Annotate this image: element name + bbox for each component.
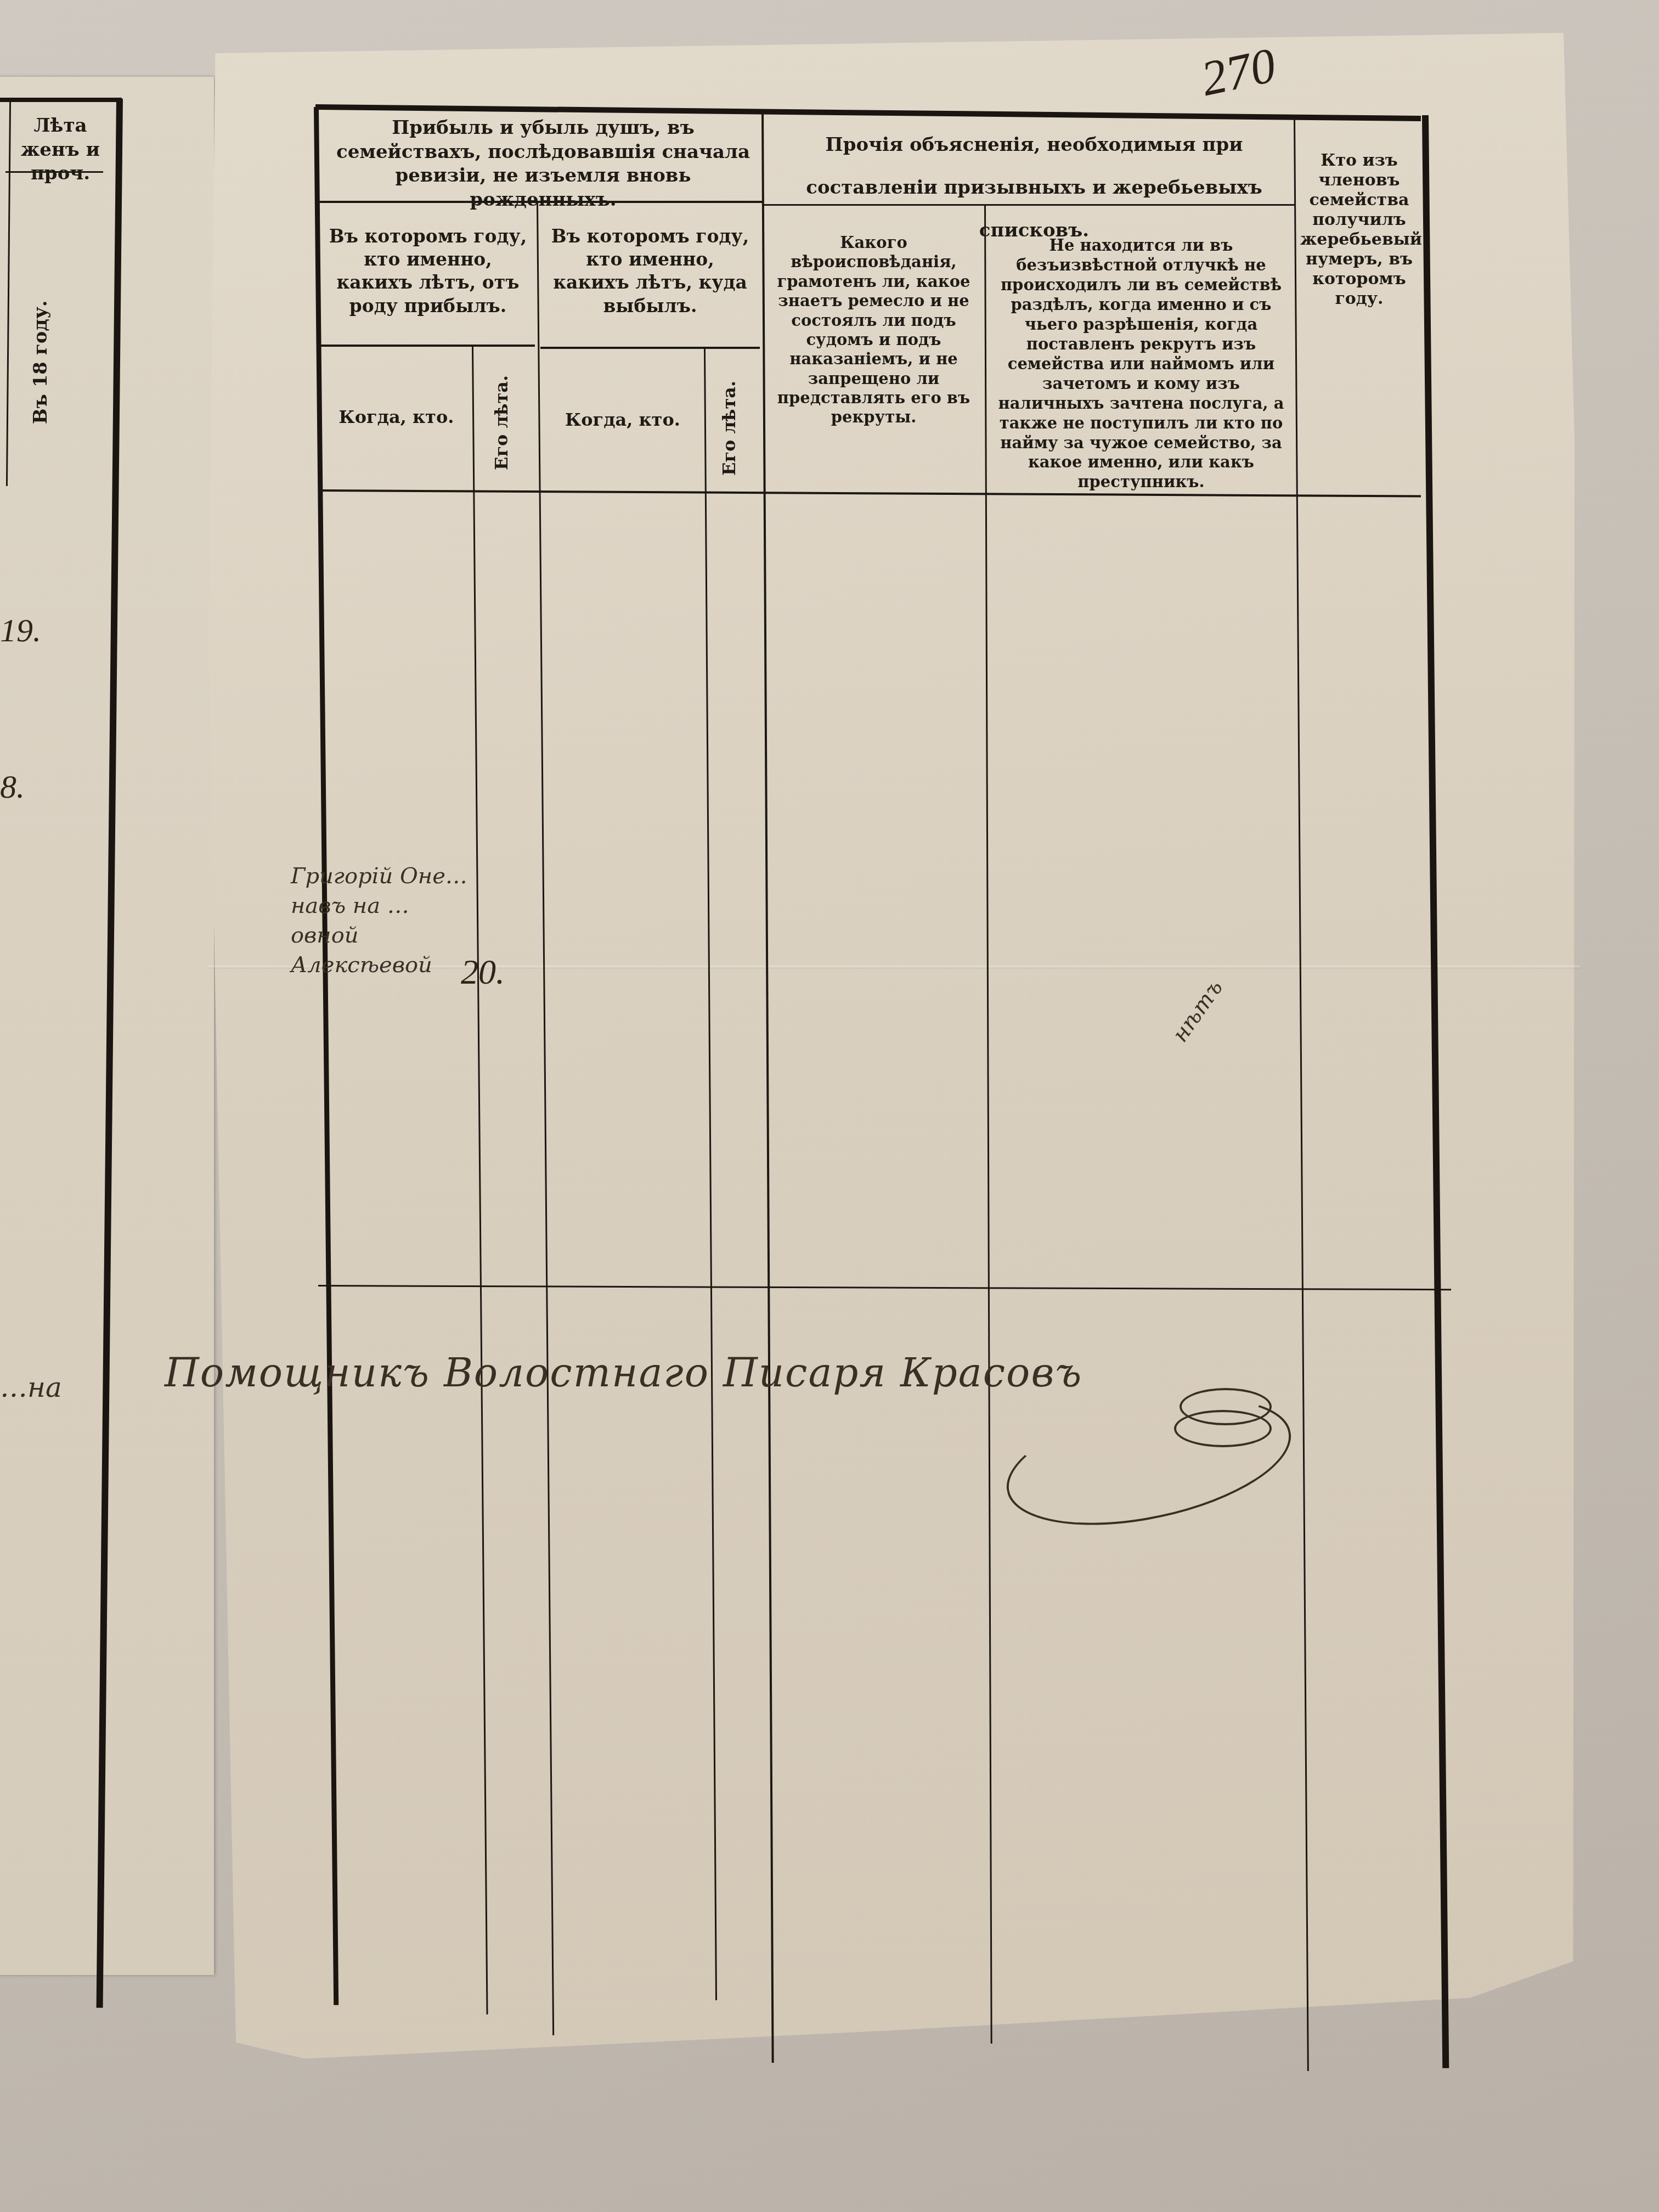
header-departed: Въ которомъ году, кто именно, какихъ лѣт… (546, 225, 754, 318)
signature-loop-2 (1174, 1410, 1272, 1447)
rule-under-left-header (540, 347, 760, 349)
entry-arrived-age: 20. (461, 952, 505, 992)
subheader-arrived-age: Его лѣта. (491, 373, 512, 472)
left-value-2: 8. (0, 768, 25, 806)
left-year-label: Въ 18 году. (30, 258, 52, 466)
header-arrived: Въ которомъ году, кто именно, какихъ лѣт… (324, 225, 532, 318)
header-lot-number: Кто изъ членовъ семейства получилъ жереб… (1300, 151, 1418, 309)
header-absence-division: Не находится ли въ безъизвѣстной отлучкѣ… (990, 236, 1292, 492)
clerk-signature: Помощникъ Волостнаго Писаря Красовъ (165, 1350, 1262, 1396)
left-value-1: 19. (0, 612, 41, 650)
left-signature-fragment: …на (0, 1372, 62, 1403)
subheader-departed-age: Его лѣта. (719, 379, 740, 477)
subheader-departed-when-who: Когда, кто. (546, 409, 699, 431)
left-header-ages: Лѣта женъ и проч. (16, 114, 104, 186)
header-gain-loss: Прибыль и убыль душъ, въ семействахъ, по… (329, 116, 757, 212)
subheader-arrived-when-who: Когда, кто. (324, 406, 469, 428)
entry-arrived-name: Григорій Оне… навъ на …овной Алексѣевой (291, 861, 472, 980)
rule-under-arrived-header (318, 345, 535, 347)
header-religion-literacy: Какого вѣроисповѣданія, грамотенъ ли, ка… (768, 233, 979, 427)
left-top-rule (0, 98, 122, 102)
